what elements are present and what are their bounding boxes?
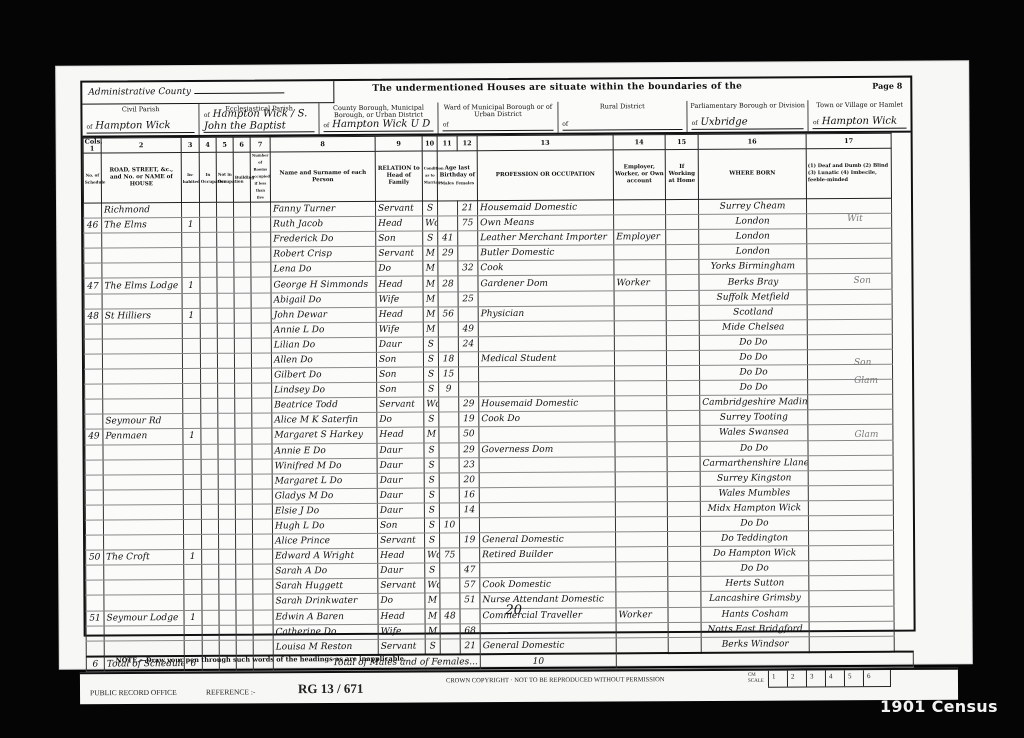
- empty-cell: [807, 349, 892, 365]
- road-name: The Elms Lodge: [102, 278, 182, 294]
- empty-cell: [200, 202, 217, 217]
- occupation: Own Means: [478, 215, 614, 231]
- header-name: Name and Surname of each Person: [270, 151, 375, 202]
- empty-cell: [201, 444, 218, 459]
- column-number: 14: [613, 135, 665, 150]
- female-age: 57: [460, 578, 480, 593]
- empty-cell: [667, 396, 700, 411]
- schedule-number: [84, 339, 102, 354]
- empty-cell: [218, 444, 235, 459]
- empty-cell: [253, 640, 273, 656]
- birthplace: Suffolk Metfield: [699, 289, 807, 305]
- of-label: of: [323, 122, 329, 129]
- empty-cell: [219, 610, 236, 625]
- road-name: [103, 384, 183, 400]
- occupation: Cook: [478, 260, 614, 276]
- district-value: ofHampton Wick U D: [323, 118, 433, 132]
- header-infirmity: (1) Deaf and Dumb (2) Blind (3) Lunatic …: [806, 148, 891, 199]
- column-number: 3: [181, 137, 199, 152]
- column-number: 10: [422, 136, 437, 151]
- column-number: 5: [216, 137, 233, 152]
- empty-cell: [668, 531, 701, 546]
- header-schedule: No. of Schedule: [83, 153, 101, 203]
- schedule-number: [86, 595, 104, 610]
- empty-cell: [201, 383, 218, 398]
- empty-cell: [217, 263, 234, 278]
- empty-cell: [234, 323, 251, 338]
- female-age: 51: [460, 593, 480, 608]
- female-age: [459, 382, 479, 397]
- empty-cell: [217, 202, 234, 217]
- male-age: 18: [438, 352, 458, 367]
- reference-value: RG 13 / 671: [298, 681, 363, 697]
- empty-cell: [251, 247, 271, 262]
- female-age: 21: [460, 638, 480, 654]
- empty-cell: [251, 202, 271, 217]
- birthplace: Carmarthenshire Llanelly: [700, 455, 808, 471]
- marital-condition: S: [424, 488, 439, 503]
- inhabited-count: [183, 444, 201, 459]
- birthplace: Yorks Birmingham: [699, 259, 807, 275]
- empty-cell: [218, 459, 235, 474]
- occupation: General Domestic: [480, 638, 616, 654]
- employment-status: [614, 351, 666, 366]
- road-name: [103, 369, 183, 385]
- empty-cell: [807, 274, 892, 290]
- empty-cell: [200, 217, 217, 232]
- empty-cell: [667, 456, 700, 471]
- margin-annotation: Son: [854, 358, 871, 368]
- empty-cell: [201, 459, 218, 474]
- scale-label: CM SCALE: [748, 673, 766, 685]
- person-name: Gilbert Do: [272, 367, 377, 383]
- female-age: 19: [459, 412, 479, 427]
- empty-cell: [219, 534, 236, 549]
- empty-cell: [666, 290, 699, 305]
- schedule-number: [86, 580, 104, 595]
- of-label: of: [562, 121, 568, 128]
- margin-annotation: Son: [853, 276, 870, 286]
- schedule-number: [85, 399, 103, 414]
- schedule-number: [86, 535, 104, 550]
- empty-cell: [234, 278, 251, 293]
- district-6: Town or Village or HamletofHampton Wick: [809, 100, 911, 132]
- road-name: [103, 444, 183, 460]
- employment-status: [614, 260, 666, 275]
- schedule-number: [85, 460, 103, 475]
- empty-cell: [668, 577, 701, 592]
- empty-cell: [252, 519, 272, 534]
- road-name: [102, 248, 182, 264]
- relation: Head: [376, 216, 423, 231]
- empty-cell: [235, 444, 252, 459]
- birthplace: Berks Windsor: [701, 636, 809, 652]
- inhabited-count: [182, 293, 200, 308]
- empty-cell: [666, 214, 699, 229]
- marital-condition: M: [423, 292, 438, 307]
- person-name: Louisa M Reston: [273, 639, 378, 655]
- male-age: [439, 457, 459, 472]
- female-age: 23: [459, 457, 479, 472]
- relation: Servant: [376, 246, 423, 261]
- person-name: Margaret L Do: [272, 473, 377, 489]
- schedule-number: 46: [84, 218, 102, 233]
- empty-cell: [202, 580, 219, 595]
- inhabited-count: [183, 399, 201, 414]
- empty-cell: [200, 248, 217, 263]
- form-headline: The undermentioned Houses are situate wi…: [372, 82, 742, 94]
- employment-status: [615, 501, 667, 516]
- empty-cell: [253, 564, 273, 579]
- empty-cell: [252, 443, 272, 458]
- marital-condition: M: [425, 624, 440, 639]
- district-2: County Borough, Municipal Borough, or Ur…: [319, 102, 439, 134]
- female-age: 29: [459, 442, 479, 457]
- occupation: Housemaid Domestic: [477, 200, 613, 216]
- of-label: of: [813, 119, 819, 126]
- employment-status: [615, 426, 667, 441]
- empty-cell: [236, 549, 253, 564]
- road-name: The Croft: [104, 550, 184, 566]
- total-schedules: 6: [86, 656, 104, 672]
- page-number: Page 8: [872, 81, 902, 91]
- district-1: Ecclesiastical ParishofHampton Wick / S.…: [200, 103, 320, 135]
- person-name: Annie E Do: [272, 443, 377, 459]
- person-name: Fanny Turner: [270, 201, 375, 217]
- birthplace: Surrey Tooting: [700, 410, 808, 426]
- margin-annotation: Glam: [854, 430, 878, 440]
- of-label: of: [204, 112, 210, 119]
- empty-cell: [202, 610, 219, 625]
- male-age: [440, 533, 460, 548]
- empty-cell: [667, 426, 700, 441]
- occupation: Nurse Attendant Domestic: [480, 592, 616, 608]
- inhabited-count: [182, 338, 200, 353]
- female-age: 68: [460, 623, 480, 638]
- employment-status: [615, 366, 667, 381]
- female-age: 19: [460, 533, 480, 548]
- inhabited-count: [182, 202, 200, 217]
- empty-cell: [219, 564, 236, 579]
- employment-status: [616, 562, 668, 577]
- employment-status: [613, 200, 665, 215]
- empty-cell: [218, 519, 235, 534]
- person-name: Gladys M Do: [272, 488, 377, 504]
- empty-cell: [667, 411, 700, 426]
- schedule-number: [84, 248, 102, 263]
- column-number: 8: [270, 136, 375, 152]
- empty-cell: [666, 335, 699, 350]
- scale-mark: 1: [768, 671, 787, 687]
- empty-cell: [807, 243, 892, 259]
- empty-cell: [252, 474, 272, 489]
- female-age: [458, 352, 478, 367]
- marital-condition: S: [423, 352, 438, 367]
- road-name: [104, 580, 184, 596]
- empty-cell: [251, 338, 271, 353]
- male-age: [439, 442, 459, 457]
- district-label: Ward of Municipal Borough or of Urban Di…: [439, 104, 558, 119]
- inhabited-count: [183, 459, 201, 474]
- male-age: 9: [439, 382, 459, 397]
- female-age: 14: [459, 503, 479, 518]
- empty-cell: [234, 353, 251, 368]
- empty-cell: [234, 262, 251, 277]
- empty-cell: [807, 319, 892, 335]
- empty-cell: [808, 485, 893, 501]
- female-age: [459, 518, 479, 533]
- empty-cell: [668, 592, 701, 607]
- employment-status: [615, 441, 667, 456]
- empty-cell: [236, 610, 253, 625]
- marital-condition: M: [423, 246, 438, 261]
- empty-cell: [234, 232, 251, 247]
- marital-condition: M: [423, 276, 438, 291]
- empty-cell: [234, 338, 251, 353]
- female-age: 24: [458, 337, 478, 352]
- empty-cell: [808, 470, 893, 486]
- schedule-number: [85, 505, 103, 520]
- relation: Servant: [375, 201, 422, 216]
- empty-cell: [808, 394, 893, 410]
- empty-cell: [236, 640, 253, 656]
- header-at-home: If Working at Home: [665, 149, 698, 199]
- empty-cell: [235, 368, 252, 383]
- empty-cell: [807, 228, 892, 244]
- schedule-number: [85, 490, 103, 505]
- occupation: Medical Student: [478, 351, 614, 367]
- empty-cell: [808, 440, 893, 456]
- marital-condition: Wd: [423, 216, 438, 231]
- employment-status: Worker: [616, 607, 668, 622]
- census-rows: RichmondFanny TurnerServantS21Housemaid …: [84, 198, 914, 656]
- relation: Son: [377, 518, 424, 533]
- header-age: Age last Birthday ofMales Females: [437, 151, 477, 201]
- schedule-number: 48: [84, 309, 102, 324]
- relation: Head: [378, 548, 425, 563]
- road-name: [104, 535, 184, 551]
- marital-condition: Wdr: [425, 548, 440, 563]
- inhabited-count: [184, 565, 202, 580]
- birthplace: Cambridgeshire Madingley: [700, 395, 808, 411]
- female-age: [459, 367, 479, 382]
- person-name: John Dewar: [271, 307, 376, 323]
- road-name: [102, 263, 182, 279]
- female-age: [458, 246, 478, 261]
- employment-status: [615, 486, 667, 501]
- column-headers-row: No. of Schedule ROAD, STREET, &c., and N…: [83, 148, 910, 203]
- empty-cell: [201, 414, 218, 429]
- inhabited-count: [184, 640, 202, 656]
- empty-cell: [666, 230, 699, 245]
- empty-cell: [217, 323, 234, 338]
- occupation: General Domestic: [480, 532, 616, 548]
- person-name: Alice Prince: [273, 533, 378, 549]
- schedule-number: 51: [86, 611, 104, 626]
- schedule-number: [85, 369, 103, 384]
- inhabited-count: [183, 519, 201, 534]
- birthplace: Do Hampton Wick: [701, 546, 809, 562]
- male-age: [438, 291, 458, 306]
- schedule-number: [84, 203, 102, 218]
- empty-cell: [251, 308, 271, 323]
- district-value: ofHampton Wick / S. John the Baptist: [204, 108, 315, 133]
- empty-cell: [666, 350, 699, 365]
- empty-cell: [234, 217, 251, 232]
- employment-status: [616, 577, 668, 592]
- occupation: [479, 381, 615, 397]
- empty-cell: [806, 198, 891, 214]
- female-age: 20: [459, 472, 479, 487]
- empty-cell: [668, 562, 701, 577]
- empty-cell: [200, 338, 217, 353]
- male-age: [438, 261, 458, 276]
- empty-cell: [235, 413, 252, 428]
- birthplace: Do Do: [700, 365, 808, 381]
- empty-cell: [218, 414, 235, 429]
- employment-status: [615, 411, 667, 426]
- district-label: Parliamentary Borough or Division: [687, 102, 807, 110]
- relation: Servant: [377, 397, 424, 412]
- empty-cell: [217, 338, 234, 353]
- reference-bar: PUBLIC RECORD OFFICE REFERENCE :- RG 13 …: [80, 668, 958, 705]
- of-label: of: [443, 121, 449, 128]
- employment-status: [616, 592, 668, 607]
- schedule-number: [85, 445, 103, 460]
- occupation: [478, 321, 614, 337]
- male-age: 28: [438, 276, 458, 291]
- column-number: Cols. 1: [83, 138, 101, 153]
- empty-cell: [217, 308, 234, 323]
- empty-cell: [202, 625, 219, 640]
- header-males: Males: [441, 180, 454, 185]
- male-age: [438, 322, 458, 337]
- employment-status: [616, 622, 668, 637]
- empty-cell: [219, 549, 236, 564]
- male-age: [440, 623, 460, 638]
- relation: Do: [377, 412, 424, 427]
- marital-condition: S: [424, 473, 439, 488]
- road-name: Seymour Rd: [103, 414, 183, 430]
- male-age: 48: [440, 608, 460, 623]
- road-name: [104, 640, 184, 656]
- marital-condition: S: [425, 533, 440, 548]
- birthplace: Do Do: [699, 350, 807, 366]
- census-table: Cols. 1234567891011121314151617 No. of S…: [83, 133, 914, 673]
- empty-cell: [218, 489, 235, 504]
- inhabited-count: [184, 534, 202, 549]
- empty-cell: [235, 504, 252, 519]
- road-name: [103, 474, 183, 490]
- birthplace: Do Do: [699, 335, 807, 351]
- male-age: [440, 578, 460, 593]
- empty-cell: [807, 259, 892, 275]
- occupation: Butler Domestic: [478, 245, 614, 261]
- birthplace: Do Teddington: [701, 531, 809, 547]
- empty-cell: [218, 429, 235, 444]
- inhabited-count: [183, 489, 201, 504]
- schedule-number: [84, 233, 102, 248]
- inhabited-count: [182, 323, 200, 338]
- column-number: 2: [101, 138, 181, 153]
- empty-cell: [667, 471, 700, 486]
- marital-condition: M: [423, 307, 438, 322]
- header-relation: RELATION to Head of Family: [375, 151, 422, 201]
- schedule-number: [84, 294, 102, 309]
- male-age: 56: [438, 306, 458, 321]
- empty-cell: [251, 293, 271, 308]
- inhabited-count: [183, 368, 201, 383]
- employment-status: [614, 320, 666, 335]
- empty-cell: [201, 399, 218, 414]
- road-name: [104, 625, 184, 641]
- female-age: 50: [459, 427, 479, 442]
- male-age: 75: [440, 548, 460, 563]
- employment-status: [616, 532, 668, 547]
- empty-cell: [202, 549, 219, 564]
- district-5: Parliamentary Borough or DivisionofUxbri…: [687, 100, 809, 132]
- district-4: Rural Districtof: [558, 101, 688, 133]
- schedule-number: [85, 520, 103, 535]
- empty-cell: [236, 534, 253, 549]
- empty-cell: [252, 428, 272, 443]
- employment-status: [614, 305, 666, 320]
- occupation: [479, 456, 615, 472]
- district-label: Town or Village or Hamlet: [809, 102, 911, 110]
- relation: Servant: [378, 639, 425, 655]
- male-age: [440, 639, 460, 655]
- empty-cell: [668, 607, 701, 622]
- birthplace: Surrey Kingston: [700, 470, 808, 486]
- employment-status: [615, 381, 667, 396]
- birthplace: Hants Cosham: [701, 606, 809, 622]
- empty-cell: [808, 379, 893, 395]
- schedule-number: [85, 414, 103, 429]
- empty-cell: [808, 409, 893, 425]
- empty-cell: [202, 565, 219, 580]
- birthplace: Herts Sutton: [701, 576, 809, 592]
- person-name: Abigail Do: [271, 292, 376, 308]
- administrative-county: Administrative County: [82, 81, 334, 105]
- male-age: [439, 397, 459, 412]
- district-label: Civil Parish: [82, 106, 198, 114]
- relation: Son: [376, 231, 423, 246]
- empty-cell: [808, 515, 893, 531]
- empty-cell: [200, 278, 217, 293]
- empty-cell: [252, 368, 272, 383]
- person-name: Beatrice Todd: [272, 398, 377, 414]
- empty-cell: [218, 474, 235, 489]
- total-males: 10: [470, 653, 606, 669]
- empty-cell: [809, 621, 894, 637]
- empty-cell: [808, 455, 893, 471]
- empty-cell: [251, 353, 271, 368]
- empty-cell: [809, 636, 894, 652]
- road-name: Seymour Lodge: [104, 610, 184, 626]
- empty-cell: [201, 519, 218, 534]
- person-name: Lilian Do: [271, 337, 376, 353]
- employment-status: [614, 290, 666, 305]
- district-value: ofHampton Wick: [86, 120, 195, 134]
- person-name: George H Simmonds: [271, 277, 376, 293]
- occupation: [479, 472, 615, 488]
- female-age: [460, 608, 480, 623]
- relation: Servant: [378, 578, 425, 593]
- empty-cell: [236, 579, 253, 594]
- empty-cell: [808, 500, 893, 516]
- employment-status: [615, 517, 667, 532]
- relation: Daur: [376, 337, 423, 352]
